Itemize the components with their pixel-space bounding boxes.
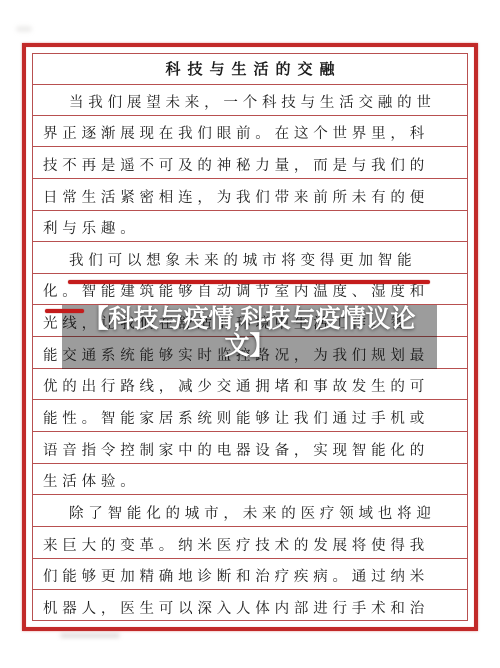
caption-text: 【科技与疫情,科技与疫情议论文】 xyxy=(67,306,432,360)
essay-line: 优的出行路线，减少交通拥堵和事故发生的可 xyxy=(33,369,467,401)
essay-line: 语音指令控制家中的电器设备，实现智能化的 xyxy=(33,432,467,464)
essay-title: 科技与生活的交融 xyxy=(33,53,467,85)
essay-line: 界正逐渐展现在我们眼前。在这个世界里，科 xyxy=(33,116,467,148)
essay-line: 我们可以想象未来的城市将变得更加智能 xyxy=(33,242,467,274)
essay-line: 除了智能化的城市，未来的医疗领域也将迎 xyxy=(33,495,467,527)
essay-line: 技不再是遥不可及的神秘力量，而是与我们的 xyxy=(33,147,467,179)
essay-line: 们能够更加精确地诊断和治疗疾病。通过纳米 xyxy=(33,559,467,591)
essay-line: 化。智能建筑能够自动调节室内温度、湿度和 xyxy=(33,274,467,306)
essay-line: 机器人，医生可以深入人体内部进行手术和治 xyxy=(33,590,467,621)
essay-line: 来巨大的变革。纳米医疗技术的发展将使得我 xyxy=(33,527,467,559)
page: 科技与生活的交融 当我们展望未来，一个科技与生活交融的世界正逐渐展现在我们眼前。… xyxy=(0,0,500,668)
essay-line: 能性。智能家居系统则能够让我们通过手机或 xyxy=(33,400,467,432)
essay-line: 利与乐趣。 xyxy=(33,211,467,243)
essay-line: 生活体验。 xyxy=(33,464,467,496)
essay-line: 当我们展望未来，一个科技与生活交融的世 xyxy=(33,84,467,116)
scan-smudge-top xyxy=(16,26,32,32)
red-underline-long xyxy=(68,280,430,284)
essay-line: 日常生活紧密相连，为我们带来前所未有的便 xyxy=(33,179,467,211)
red-underline-short xyxy=(45,309,84,313)
scan-smudge-bottom xyxy=(60,633,120,638)
caption-overlay: 【科技与疫情,科技与疫情议论文】 xyxy=(62,305,437,369)
